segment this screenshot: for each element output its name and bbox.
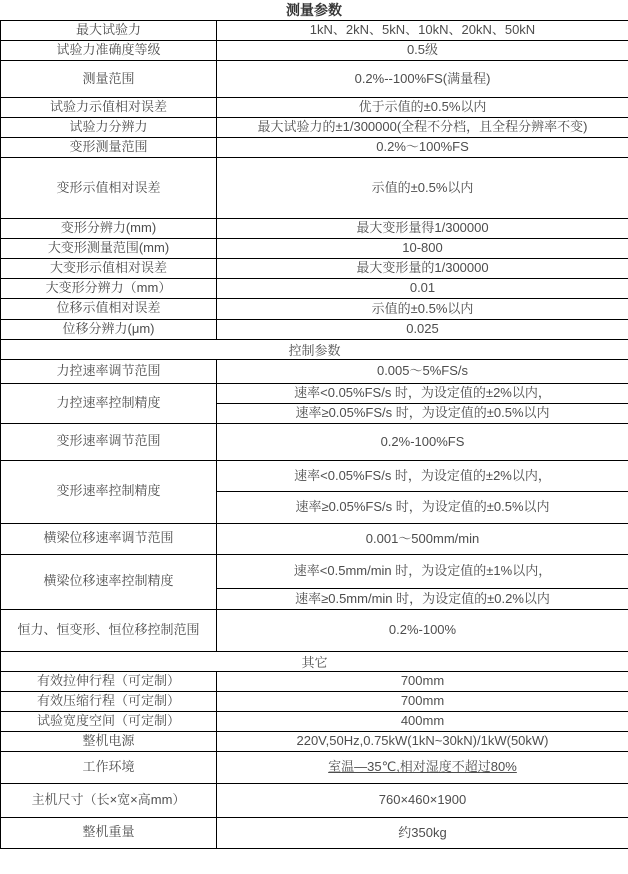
param-label: 变形速率控制精度	[1, 460, 217, 523]
param-value: 0.5级	[217, 41, 628, 61]
param-value: 0.2%～100%FS	[217, 138, 628, 158]
section-header-row: 其它	[1, 651, 628, 671]
param-value: 最大变形量的1/300000	[217, 258, 628, 278]
param-value: 示值的±0.5%以内	[217, 298, 628, 319]
param-value: 0.005～5%FS/s	[217, 359, 628, 383]
param-label: 恒力、恒变形、恒位移控制范围	[1, 609, 217, 651]
table-row: 变形测量范围 0.2%～100%FS	[1, 138, 628, 158]
param-value: 速率≥0.05%FS/s 时，为设定值的±0.5%以内	[217, 403, 628, 423]
param-value: 速率≥0.5mm/min 时，为设定值的±0.2%以内	[217, 588, 628, 609]
param-value: 0.001～500mm/min	[217, 523, 628, 554]
table-title: 测量参数	[0, 0, 628, 20]
spec-sheet: 测量参数 最大试验力 1kN、2kN、5kN、10kN、20kN、50kN 试验…	[0, 0, 628, 874]
param-value: 700mm	[217, 671, 628, 691]
table-row: 恒力、恒变形、恒位移控制范围 0.2%-100%	[1, 609, 628, 651]
param-value: 优于示值的±0.5%以内	[217, 98, 628, 118]
param-value: 室温—35℃,相对湿度不超过80%	[217, 751, 628, 783]
param-label: 有效压缩行程（可定制）	[1, 691, 217, 711]
table-row: 有效压缩行程（可定制） 700mm	[1, 691, 628, 711]
section-header-row: 控制参数	[1, 339, 628, 359]
param-label: 大变形示值相对误差	[1, 258, 217, 278]
param-label: 变形测量范围	[1, 138, 217, 158]
table-row: 位移示值相对误差 示值的±0.5%以内	[1, 298, 628, 319]
section-header-control: 控制参数	[1, 339, 628, 359]
param-value: 220V,50Hz,0.75kW(1kN~30kN)/1kW(50kW)	[217, 731, 628, 751]
table-row: 试验力分辨力 最大试验力的±1/300000(全程不分档，且全程分辨率不变)	[1, 118, 628, 138]
param-value: 400mm	[217, 711, 628, 731]
param-label: 横梁位移速率调节范围	[1, 523, 217, 554]
param-value: 700mm	[217, 691, 628, 711]
param-label: 力控速率控制精度	[1, 383, 217, 423]
table-row: 整机电源 220V,50Hz,0.75kW(1kN~30kN)/1kW(50kW…	[1, 731, 628, 751]
spec-table: 最大试验力 1kN、2kN、5kN、10kN、20kN、50kN 试验力准确度等…	[0, 20, 628, 849]
work-environment-value: 室温—35℃,相对湿度不超过80%	[328, 759, 517, 774]
param-label: 变形分辨力(mm)	[1, 219, 217, 239]
table-row: 试验宽度空间（可定制） 400mm	[1, 711, 628, 731]
param-label: 大变形测量范围(mm)	[1, 239, 217, 259]
table-row: 横梁位移速率控制精度 速率<0.5mm/min 时，为设定值的±1%以内，	[1, 554, 628, 588]
param-value: 10-800	[217, 239, 628, 259]
section-header-other: 其它	[1, 651, 628, 671]
param-label: 位移示值相对误差	[1, 298, 217, 319]
table-row: 变形分辨力(mm) 最大变形量得1/300000	[1, 219, 628, 239]
param-label: 力控速率调节范围	[1, 359, 217, 383]
table-row: 整机重量 约350kg	[1, 817, 628, 848]
table-row: 最大试验力 1kN、2kN、5kN、10kN、20kN、50kN	[1, 21, 628, 41]
param-value: 示值的±0.5%以内	[217, 158, 628, 219]
param-label: 试验力分辨力	[1, 118, 217, 138]
param-label: 试验力示值相对误差	[1, 98, 217, 118]
table-row: 变形示值相对误差 示值的±0.5%以内	[1, 158, 628, 219]
table-row: 测量范围 0.2%--100%FS(满量程)	[1, 61, 628, 98]
param-label: 横梁位移速率控制精度	[1, 554, 217, 609]
table-row: 试验力准确度等级 0.5级	[1, 41, 628, 61]
param-label: 试验力准确度等级	[1, 41, 217, 61]
param-value: 速率<0.5mm/min 时，为设定值的±1%以内，	[217, 554, 628, 588]
param-label: 整机电源	[1, 731, 217, 751]
table-row: 工作环境 室温—35℃,相对湿度不超过80%	[1, 751, 628, 783]
param-label: 位移分辨力(μm)	[1, 319, 217, 339]
table-row: 大变形分辨力（mm） 0.01	[1, 278, 628, 298]
param-value: 760×460×1900	[217, 783, 628, 817]
table-row: 有效拉伸行程（可定制） 700mm	[1, 671, 628, 691]
param-label: 变形示值相对误差	[1, 158, 217, 219]
param-value: 0.025	[217, 319, 628, 339]
table-row: 横梁位移速率调节范围 0.001～500mm/min	[1, 523, 628, 554]
param-label: 试验宽度空间（可定制）	[1, 711, 217, 731]
table-row: 位移分辨力(μm) 0.025	[1, 319, 628, 339]
param-value: 最大变形量得1/300000	[217, 219, 628, 239]
table-row: 力控速率控制精度 速率<0.05%FS/s 时，为设定值的±2%以内，	[1, 383, 628, 403]
table-row: 力控速率调节范围 0.005～5%FS/s	[1, 359, 628, 383]
param-label: 测量范围	[1, 61, 217, 98]
param-value: 速率<0.05%FS/s 时，为设定值的±2%以内，	[217, 383, 628, 403]
param-value: 0.2%-100%	[217, 609, 628, 651]
param-value: 速率<0.05%FS/s 时，为设定值的±2%以内，	[217, 460, 628, 491]
param-value: 0.01	[217, 278, 628, 298]
param-value: 0.2%--100%FS(满量程)	[217, 61, 628, 98]
table-row: 试验力示值相对误差 优于示值的±0.5%以内	[1, 98, 628, 118]
param-value: 0.2%-100%FS	[217, 423, 628, 460]
param-label: 主机尺寸（长×宽×高mm）	[1, 783, 217, 817]
param-label: 工作环境	[1, 751, 217, 783]
table-row: 变形速率控制精度 速率<0.05%FS/s 时，为设定值的±2%以内，	[1, 460, 628, 491]
param-value: 速率≥0.05%FS/s 时，为设定值的±0.5%以内	[217, 491, 628, 523]
table-row: 大变形测量范围(mm) 10-800	[1, 239, 628, 259]
param-label: 最大试验力	[1, 21, 217, 41]
table-row: 主机尺寸（长×宽×高mm） 760×460×1900	[1, 783, 628, 817]
param-value: 约350kg	[217, 817, 628, 848]
table-row: 大变形示值相对误差 最大变形量的1/300000	[1, 258, 628, 278]
param-value: 1kN、2kN、5kN、10kN、20kN、50kN	[217, 21, 628, 41]
param-label: 变形速率调节范围	[1, 423, 217, 460]
param-value: 最大试验力的±1/300000(全程不分档，且全程分辨率不变)	[217, 118, 628, 138]
table-row: 变形速率调节范围 0.2%-100%FS	[1, 423, 628, 460]
param-label: 大变形分辨力（mm）	[1, 278, 217, 298]
param-label: 有效拉伸行程（可定制）	[1, 671, 217, 691]
param-label: 整机重量	[1, 817, 217, 848]
